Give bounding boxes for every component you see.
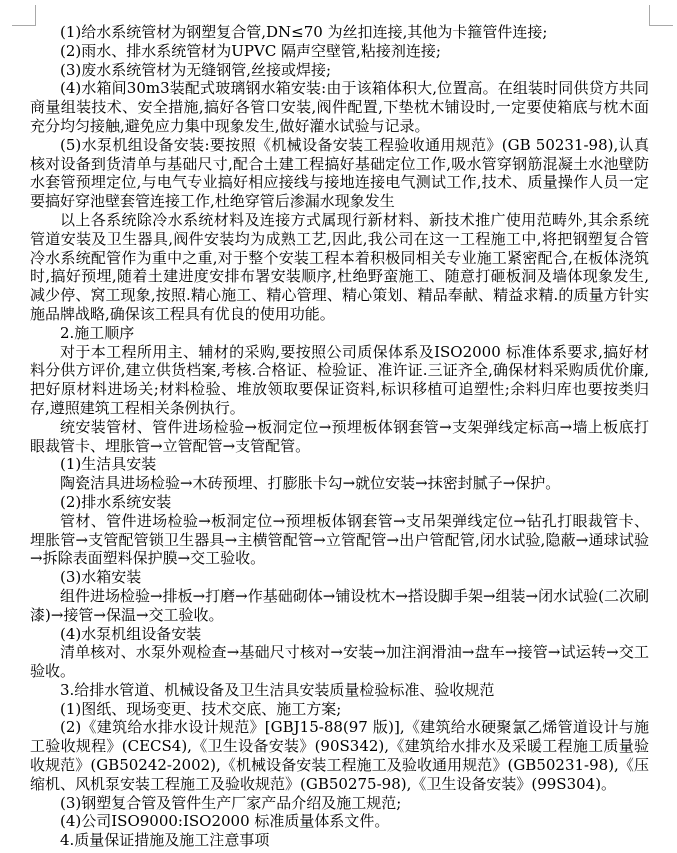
paragraph: (3)废水系统管材为无缝钢管,丝接或焊接;	[30, 61, 649, 80]
margin-crop-mark-top-right	[649, 5, 673, 26]
paragraph: 清单核对、水泵外观检查→基础尺寸核对→安装→加注润滑油→盘车→接管→试运转→交工…	[30, 643, 649, 681]
paragraph: 以上各系统除冷水系统材料及连接方式属现行新材料、新技术推广使用范畴外,其余系统管…	[30, 211, 649, 324]
paragraph: 组件进场检验→排板→打磨→作基础砌体→铺设枕木→搭设脚手架→组装→闭水试验(二次…	[30, 587, 649, 625]
paragraph: 对于本工程所用主、辅材的采购,要按照公司质保体系及ISO2000 标准体系要求,…	[30, 343, 649, 418]
paragraph: (5)水泵机组设备安装:要按照《机械设备安装工程验收通用规范》(GB 50231…	[30, 136, 649, 211]
paragraph: (1)图纸、现场变更、技术交底、施工方案;	[30, 700, 649, 719]
document-page: (1)给水系统管材为钢塑复合管,DN≤70 为丝扣连接,其他为卡箍管件连接; (…	[0, 0, 677, 853]
sub-heading: (4)水泵机组设备安装	[30, 625, 649, 644]
sub-heading: (1)生洁具安装	[30, 455, 649, 474]
paragraph: (4)公司ISO9000:ISO2000 标准质量体系文件。	[30, 812, 649, 831]
document-body: (1)给水系统管材为钢塑复合管,DN≤70 为丝扣连接,其他为卡箍管件连接; (…	[30, 23, 649, 850]
sub-heading: (2)排水系统安装	[30, 493, 649, 512]
paragraph: 统安装管材、管件进场检验→板洞定位→预埋板体钢套管→支架弹线定标高→墙上板底打眼…	[30, 418, 649, 456]
paragraph: (1)给水系统管材为钢塑复合管,DN≤70 为丝扣连接,其他为卡箍管件连接;	[30, 23, 649, 42]
sub-heading: (3)水箱安装	[30, 568, 649, 587]
paragraph: 管材、管件进场检验→板洞定位→预埋板体钢套管→支吊架弹线定位→钻孔打眼裁管卡、埋…	[30, 512, 649, 568]
paragraph: (3)钢塑复合管及管件生产厂家产品介绍及施工规范;	[30, 794, 649, 813]
section-heading: 4.质量保证措施及施工注意事项	[30, 831, 649, 850]
section-heading: 2.施工顺序	[30, 324, 649, 343]
paragraph: 陶瓷洁具进场检验→木砖预埋、打膨胀卡勾→就位安装→抹密封腻子→保护。	[30, 474, 649, 493]
paragraph: (4)水箱间30m3装配式玻璃钢水箱安装:由于该箱体积大,位置高。在组装时同供贷…	[30, 79, 649, 135]
section-heading: 3.给排水管道、机械设备及卫生洁具安装质量检验标准、验收规范	[30, 681, 649, 700]
paragraph: (2)《建筑给水排水设计规范》[GBJ15-88(97 版)],《建筑给水硬聚氯…	[30, 718, 649, 793]
paragraph: (2)雨水、排水系统管材为UPVC 隔声空壁管,粘接剂连接;	[30, 42, 649, 61]
